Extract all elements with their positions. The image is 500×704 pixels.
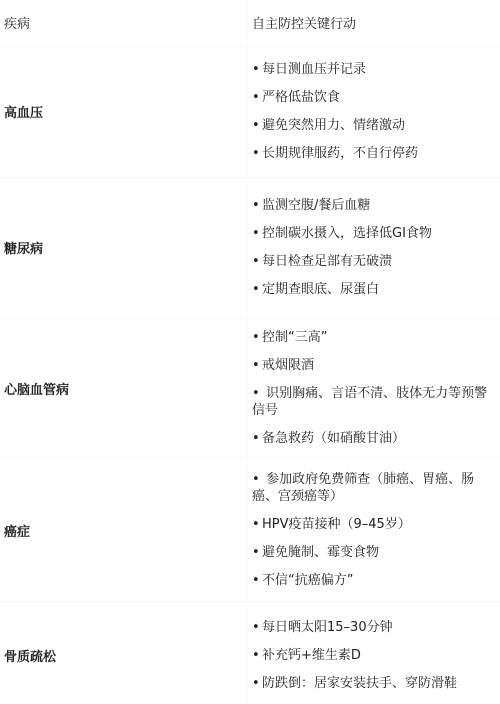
bullet-icon: • [252,619,262,636]
list-item: •长期规律服药，不自行停药 [252,145,497,162]
action-list: •控制“三高” •戒烟限酒 • 识别胸痛、言语不清、肢体无力等预警信号 •备急救… [252,329,497,447]
bullet-icon: • [252,572,262,589]
action-list: •每日晒太阳15–30分钟 •补充钙+维生素D •防跌倒：居家安装扶手、穿防滑鞋 [252,619,497,692]
action-list: •监测空腹/餐后血糖 •控制碳水摄入，选择低GI食物 •每日检查足部有无破溃 •… [252,197,497,298]
bullet-icon: • [252,430,262,447]
list-item: •防跌倒：居家安装扶手、穿防滑鞋 [252,675,497,692]
bullet-icon: • [252,675,262,692]
list-item: • 识别胸痛、言语不清、肢体无力等预警信号 [252,385,497,419]
bullet-icon: • [252,357,262,374]
bullet-icon: • [252,516,262,533]
bullet-icon: • [252,385,262,402]
action-cell: •控制“三高” •戒烟限酒 • 识别胸痛、言语不清、肢体无力等预警信号 •备急救… [248,318,500,459]
bullet-icon: • [252,117,262,134]
bullet-icon: • [252,647,262,664]
list-item: •监测空腹/餐后血糖 [252,197,497,214]
bullet-icon: • [252,281,262,298]
list-item: •补充钙+维生素D [252,647,497,664]
disease-name: 高血压 [0,46,248,178]
action-cell: • 参加政府免费筛查（肺癌、胃癌、肠癌、宫颈癌等） •HPV疫苗接种（9–45岁… [248,459,500,602]
bullet-icon: • [252,225,262,242]
list-item: •不信“抗癌偏方” [252,572,497,589]
list-item: •定期查眼底、尿蛋白 [252,281,497,298]
list-item: •控制“三高” [252,329,497,346]
disease-name: 癌症 [0,459,248,602]
action-list: • 参加政府免费筛查（肺癌、胃癌、肠癌、宫颈癌等） •HPV疫苗接种（9–45岁… [252,471,497,589]
bullet-icon: • [252,197,262,214]
table-row: 癌症 • 参加政府免费筛查（肺癌、胃癌、肠癌、宫颈癌等） •HPV疫苗接种（9–… [0,459,500,602]
action-list: •每日测血压并记录 •严格低盐饮食 •避免突然用力、情绪激动 •长期规律服药，不… [252,61,497,162]
table-row: 心脑血管病 •控制“三高” •戒烟限酒 • 识别胸痛、言语不清、肢体无力等预警信… [0,318,500,459]
action-cell: •监测空腹/餐后血糖 •控制碳水摄入，选择低GI食物 •每日检查足部有无破溃 •… [248,178,500,318]
list-item: •严格低盐饮食 [252,89,497,106]
disease-prevention-table: 疾病 自主防控关键行动 高血压 •每日测血压并记录 •严格低盐饮食 •避免突然用… [0,0,500,704]
disease-name: 骨质疏松 [0,602,248,704]
list-item: •避免腌制、霉变食物 [252,544,497,561]
bullet-icon: • [252,544,262,561]
bullet-icon: • [252,61,262,78]
bullet-icon: • [252,329,262,346]
header-disease: 疾病 [0,0,248,46]
header-actions: 自主防控关键行动 [248,0,500,46]
list-item: •戒烟限酒 [252,357,497,374]
table-row: 骨质疏松 •每日晒太阳15–30分钟 •补充钙+维生素D •防跌倒：居家安装扶手… [0,602,500,704]
bullet-icon: • [252,145,262,162]
disease-name: 心脑血管病 [0,318,248,459]
bullet-icon: • [252,253,262,270]
list-item: •避免突然用力、情绪激动 [252,117,497,134]
table-row: 糖尿病 •监测空腹/餐后血糖 •控制碳水摄入，选择低GI食物 •每日检查足部有无… [0,178,500,318]
table-header-row: 疾病 自主防控关键行动 [0,0,500,46]
list-item: •控制碳水摄入，选择低GI食物 [252,225,497,242]
action-cell: •每日测血压并记录 •严格低盐饮食 •避免突然用力、情绪激动 •长期规律服药，不… [248,46,500,178]
table-row: 高血压 •每日测血压并记录 •严格低盐饮食 •避免突然用力、情绪激动 •长期规律… [0,46,500,178]
list-item: •备急救药（如硝酸甘油） [252,430,497,447]
bullet-icon: • [252,471,262,488]
list-item: •每日检查足部有无破溃 [252,253,497,270]
bullet-icon: • [252,89,262,106]
disease-name: 糖尿病 [0,178,248,318]
action-cell: •每日晒太阳15–30分钟 •补充钙+维生素D •防跌倒：居家安装扶手、穿防滑鞋 [248,602,500,704]
list-item: •HPV疫苗接种（9–45岁） [252,516,497,533]
list-item: •每日测血压并记录 [252,61,497,78]
list-item: •每日晒太阳15–30分钟 [252,619,497,636]
list-item: • 参加政府免费筛查（肺癌、胃癌、肠癌、宫颈癌等） [252,471,497,505]
